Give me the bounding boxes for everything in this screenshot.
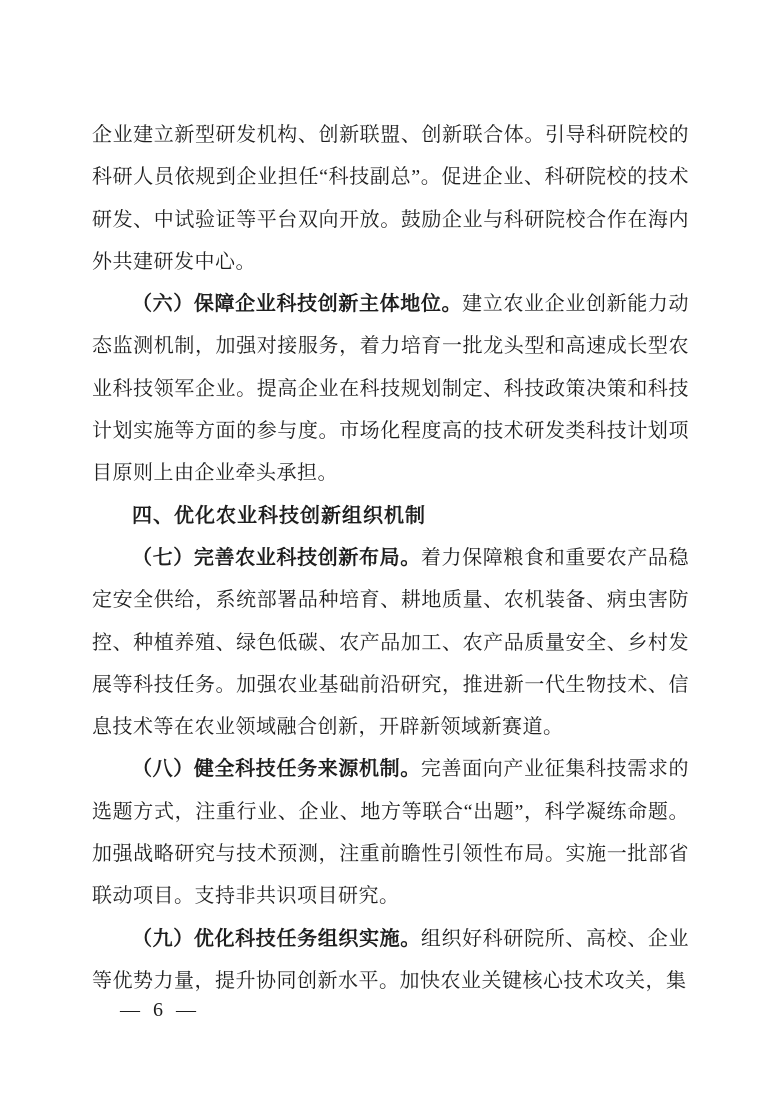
paragraph-lead: （六）保障企业科技创新主体地位。: [132, 293, 462, 315]
paragraph-text: 完善面向产业征集科技需求的选题方式，注重行业、企业、地方等联合“出题”，科学凝练…: [92, 758, 689, 907]
paragraph: （九）优化科技任务组织实施。组织好科研院所、高校、企业等优势力量，提升协同创新水…: [92, 918, 689, 1003]
paragraph: （六）保障企业科技创新主体地位。建立农业企业创新能力动态监测机制，加强对接服务，…: [92, 283, 689, 494]
paragraph-lead: （九）优化科技任务组织实施。: [132, 928, 421, 950]
paragraph: （七）完善农业科技创新布局。着力保障粮食和重要农产品稳定安全供给，系统部署品种培…: [92, 537, 689, 748]
paragraph-lead: （七）完善农业科技创新布局。: [132, 547, 421, 569]
document-page: 企业建立新型研发机构、创新联盟、创新联合体。引导科研院校的科研人员依规到企业担任…: [0, 0, 780, 1101]
page-number: — 6 —: [120, 999, 200, 1022]
paragraph: （八）健全科技任务来源机制。完善面向产业征集科技需求的选题方式，注重行业、企业、…: [92, 748, 689, 917]
paragraph-text: 建立农业企业创新能力动态监测机制，加强对接服务，着力培育一批龙头型和高速成长型农…: [92, 293, 689, 484]
paragraph-text: 着力保障粮食和重要农产品稳定安全供给，系统部署品种培育、耕地质量、农机装备、病虫…: [92, 547, 689, 738]
paragraph: 企业建立新型研发机构、创新联盟、创新联合体。引导科研院校的科研人员依规到企业担任…: [92, 114, 689, 283]
section-heading-text: 四、优化农业科技创新组织机制: [132, 505, 426, 527]
document-body: 企业建立新型研发机构、创新联盟、创新联合体。引导科研院校的科研人员依规到企业担任…: [92, 114, 689, 1002]
paragraph-text: 企业建立新型研发机构、创新联盟、创新联合体。引导科研院校的科研人员依规到企业担任…: [92, 124, 689, 273]
section-heading: 四、优化农业科技创新组织机制: [92, 495, 689, 537]
paragraph-lead: （八）健全科技任务来源机制。: [132, 758, 421, 780]
